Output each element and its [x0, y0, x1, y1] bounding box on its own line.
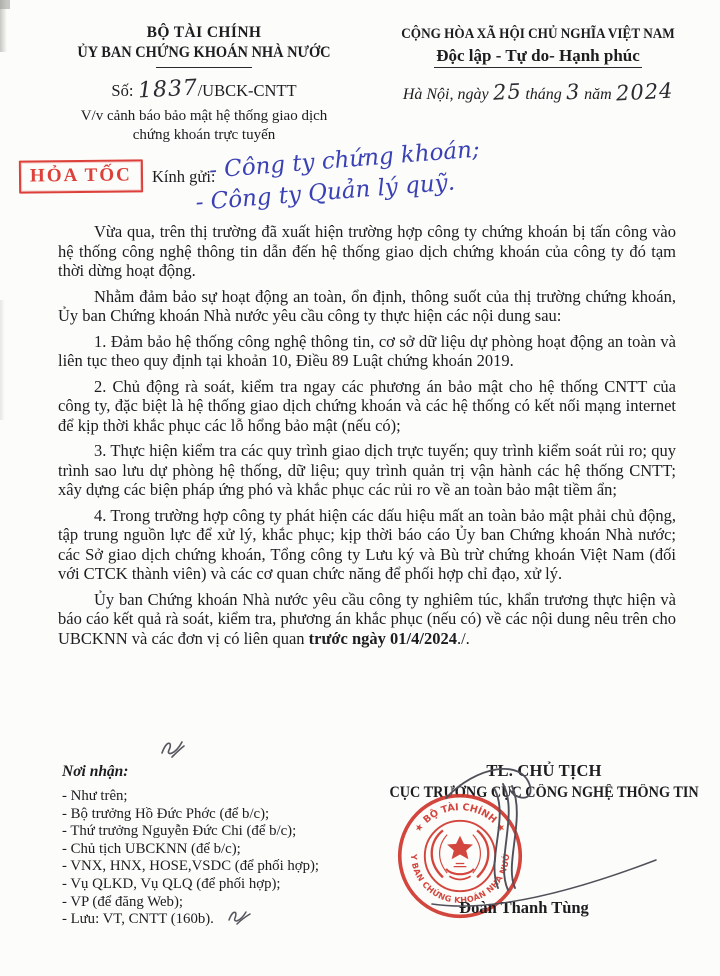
document-number-handwritten: 1837	[137, 75, 198, 103]
scan-artifact	[0, 0, 10, 9]
body-paragraph: Nhằm đảm bảo sự hoạt động an toàn, ổn đị…	[58, 287, 676, 326]
header-divider	[156, 67, 252, 68]
national-motto-line1: CỘNG HÒA XÃ HỘI CHỦ NGHĨA VIỆT NAM	[387, 26, 690, 43]
recipient-item: - Chủ tịch UBCKNN (để b/c);	[62, 841, 319, 859]
agency-name: ỦY BAN CHỨNG KHOÁN NHÀ NƯỚC	[53, 44, 355, 62]
recipient-item: - Bộ trưởng Hồ Đức Phớc (để b/c);	[62, 806, 319, 824]
document-subject: V/v cảnh báo bảo mật hệ thống giao dịch …	[36, 107, 372, 145]
document-number: Số: 1837/UBCK-CNTT	[36, 77, 372, 102]
recipients-label: Nơi nhận:	[62, 763, 319, 781]
body-paragraph: Vừa qua, trên thị trường đã xuất hiện tr…	[58, 222, 676, 281]
body-paragraph: 1. Đảm bảo hệ thống công nghệ thông tin,…	[58, 332, 676, 371]
recipient-item: - VNX, HNX, HOSE,VSDC (để phối hợp);	[62, 858, 319, 876]
date-year-handwritten: 2024	[615, 79, 674, 106]
date-prefix: Hà Nội, ngày	[403, 86, 493, 103]
recipient-item: - Thứ trưởng Nguyễn Đức Chi (để b/c);	[62, 823, 319, 841]
motto-underlined: Độc lập - Tự do- Hạnh phúc	[434, 46, 642, 68]
recipient-item: - Vụ QLKD, Vụ QLQ (để phối hợp);	[62, 876, 319, 894]
national-motto-line2: Độc lập - Tự do- Hạnh phúc	[366, 46, 710, 68]
letter-body: Vừa qua, trên thị trường đã xuất hiện tr…	[58, 222, 676, 654]
document-number-label: Số:	[111, 81, 137, 100]
body-paragraph: 2. Chủ động rà soát, kiểm tra ngay các p…	[58, 377, 676, 436]
ministry-name: BỘ TÀI CHÍNH	[36, 24, 372, 42]
header-issuer-block: BỘ TÀI CHÍNH ỦY BAN CHỨNG KHOÁN NHÀ NƯỚC…	[36, 24, 372, 145]
closing-tail: ./.	[457, 629, 470, 648]
date-mid1: tháng	[521, 86, 565, 103]
handwritten-initial-icon	[158, 733, 188, 763]
header-national-block: CỘNG HÒA XÃ HỘI CHỦ NGHĨA VIỆT NAM Độc l…	[366, 26, 710, 104]
date-month-handwritten: 3	[565, 80, 581, 105]
document-page: BỘ TÀI CHÍNH ỦY BAN CHỨNG KHOÁN NHÀ NƯỚC…	[0, 0, 720, 976]
date-mid2: năm	[580, 86, 616, 103]
date-day-handwritten: 25	[492, 79, 522, 104]
body-closing-paragraph: Ủy ban Chứng khoán Nhà nước yêu cầu công…	[58, 590, 676, 649]
body-paragraph: 3. Thực hiện kiểm tra các quy trình giao…	[58, 441, 676, 500]
recipient-item: - VP (để đăng Web);	[62, 894, 319, 912]
body-paragraph: 4. Trong trường hợp công ty phát hiện cá…	[58, 506, 676, 584]
scan-artifact	[0, 300, 5, 420]
closing-deadline-bold: trước ngày 01/4/2024	[309, 629, 457, 648]
document-number-suffix: /UBCK-CNTT	[198, 81, 297, 100]
recipients-block: Nơi nhận: - Như trên; - Bộ trưởng Hồ Đức…	[62, 763, 319, 929]
place-date-line: Hà Nội, ngày 25 tháng 3 năm 2024	[366, 80, 710, 104]
recipient-item: - Như trên;	[62, 788, 319, 806]
recipient-item: - Lưu: VT, CNTT (160b).	[62, 911, 319, 929]
subject-line-1: V/v cảnh báo bảo mật hệ thống giao dịch	[36, 107, 372, 126]
signer-title-1: TL. CHỦ TỊCH	[376, 761, 712, 781]
urgency-stamp-hoa-toc: HỎA TỐC	[19, 159, 143, 193]
signer-name: Đoàn Thanh Tùng	[424, 898, 624, 918]
handwritten-initial-icon	[226, 904, 254, 930]
subject-line-2: chứng khoán trực tuyến	[36, 126, 372, 145]
seal-national-emblem	[432, 830, 489, 879]
